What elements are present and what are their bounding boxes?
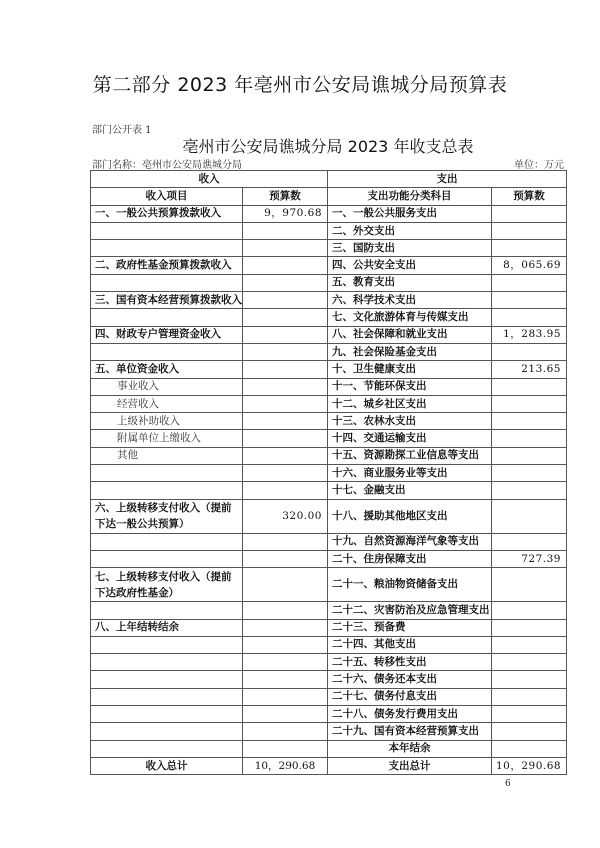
expense-item: 十二、城乡社区支出 <box>328 395 492 412</box>
expense-item: 十一、节能环保支出 <box>328 378 492 395</box>
table-row: 五、教育支出 <box>91 274 567 291</box>
expense-value <box>492 619 567 636</box>
income-item: 一、一般公共预算拨款收入 <box>91 205 243 222</box>
income-item <box>91 482 243 499</box>
income-value <box>243 619 328 636</box>
unit-label: 单位：万元 <box>514 156 564 171</box>
table-row: 二十四、其他支出 <box>91 636 567 653</box>
table-row: 上级补助收入十三、农林水支出 <box>91 413 567 430</box>
expense-item: 二、外交支出 <box>328 222 492 239</box>
expense-item: 七、文化旅游体育与传媒支出 <box>328 309 492 326</box>
income-value <box>243 222 328 239</box>
income-item: 八、上年结转结余 <box>91 619 243 636</box>
income-value <box>243 671 328 688</box>
income-value <box>243 326 328 343</box>
expense-value <box>492 205 567 222</box>
income-value <box>243 343 328 360</box>
income-item <box>91 550 243 567</box>
expense-item: 二十一、粮油物资储备支出 <box>328 568 492 602</box>
expense-value <box>492 447 567 464</box>
income-item-header: 收入项目 <box>91 188 243 205</box>
expense-value <box>492 378 567 395</box>
income-item <box>91 240 243 257</box>
income-item <box>91 706 243 723</box>
table-row: 三、国有资本经营预算拨款收入六、科学技术支出 <box>91 292 567 309</box>
expense-value <box>492 292 567 309</box>
expense-item: 五、教育支出 <box>328 274 492 291</box>
income-item <box>91 671 243 688</box>
income-total-value: 10，290.68 <box>243 757 328 774</box>
page-title: 第二部分 2023 年亳州市公安局谯城分局预算表 <box>0 70 600 97</box>
expense-value <box>492 499 567 533</box>
table-row: 本年结余 <box>91 740 567 757</box>
table-title: 亳州市公安局谯城分局 2023 年收支总表 <box>90 134 566 157</box>
expense-value <box>492 723 567 740</box>
income-item <box>91 343 243 360</box>
expense-item: 十八、援助其他地区支出 <box>328 499 492 533</box>
expense-item: 二十三、预备费 <box>328 619 492 636</box>
income-item: 四、财政专户管理资金收入 <box>91 326 243 343</box>
income-item: 六、上级转移支付收入（提前下达一般公共预算） <box>91 499 243 533</box>
income-subitem: 上级补助收入 <box>91 413 243 430</box>
income-value <box>243 723 328 740</box>
expense-item: 四、公共安全支出 <box>328 257 492 274</box>
income-item: 七、上级转移支付收入（提前下达政府性基金） <box>91 568 243 602</box>
department-name: 部门名称：亳州市公安局谯城分局 <box>92 156 242 171</box>
expense-item: 六、科学技术支出 <box>328 292 492 309</box>
income-value <box>243 740 328 757</box>
expense-value <box>492 222 567 239</box>
income-budget-header: 预算数 <box>243 188 328 205</box>
income-value <box>243 533 328 550</box>
table-row: 二十六、债务还本支出 <box>91 671 567 688</box>
expense-item: 二十四、其他支出 <box>328 636 492 653</box>
expense-value <box>492 636 567 653</box>
expense-item-header: 支出功能分类科目 <box>328 188 492 205</box>
expense-value: 1，283.95 <box>492 326 567 343</box>
expense-value <box>492 706 567 723</box>
income-subitem: 其他 <box>91 447 243 464</box>
income-value <box>243 706 328 723</box>
expense-item: 十三、农林水支出 <box>328 413 492 430</box>
budget-summary-table: 收入 支出 收入项目 预算数 支出功能分类科目 预算数 一、一般公共预算拨款收入… <box>90 170 567 775</box>
table-row: 二十九、国有资本经营预算支出 <box>91 723 567 740</box>
income-value <box>243 482 328 499</box>
expense-item: 二十、住房保障支出 <box>328 550 492 567</box>
expense-value <box>492 430 567 447</box>
table-row: 六、上级转移支付收入（提前下达一般公共预算）320.00十八、援助其他地区支出 <box>91 499 567 533</box>
table-row: 十七、金融支出 <box>91 482 567 499</box>
income-item <box>91 654 243 671</box>
expense-item: 二十九、国有资本经营预算支出 <box>328 723 492 740</box>
table-row: 附属单位上缴收入十四、交通运输支出 <box>91 430 567 447</box>
table-row: 事业收入十一、节能环保支出 <box>91 378 567 395</box>
income-value: 320.00 <box>243 499 328 533</box>
income-value <box>243 636 328 653</box>
table-row: 二十五、转移性支出 <box>91 654 567 671</box>
expense-value: 213.65 <box>492 361 567 378</box>
expense-value <box>492 274 567 291</box>
income-value <box>243 654 328 671</box>
year-balance-label: 本年结余 <box>328 740 492 757</box>
income-item <box>91 533 243 550</box>
expense-value <box>492 343 567 360</box>
table-row: 十六、商业服务业等支出 <box>91 465 567 482</box>
expense-budget-header: 预算数 <box>492 188 567 205</box>
income-item <box>91 602 243 619</box>
income-value <box>243 430 328 447</box>
expense-item: 三、国防支出 <box>328 240 492 257</box>
expense-value <box>492 671 567 688</box>
income-value <box>243 550 328 567</box>
income-value <box>243 240 328 257</box>
expense-value: 8，065.69 <box>492 257 567 274</box>
income-item <box>91 723 243 740</box>
expense-total-label: 支出总计 <box>328 757 492 774</box>
income-item <box>91 309 243 326</box>
expense-value <box>492 482 567 499</box>
expense-item: 二十八、债务发行费用支出 <box>328 706 492 723</box>
income-item <box>91 688 243 705</box>
table-row: 其他十五、资源勘探工业信息等支出 <box>91 447 567 464</box>
expense-item: 十五、资源勘探工业信息等支出 <box>328 447 492 464</box>
expense-item: 二十五、转移性支出 <box>328 654 492 671</box>
income-total-label: 收入总计 <box>91 757 243 774</box>
income-item <box>91 274 243 291</box>
income-value <box>243 395 328 412</box>
income-item: 三、国有资本经营预算拨款收入 <box>91 292 243 309</box>
table-row: 二十八、债务发行费用支出 <box>91 706 567 723</box>
income-value <box>243 602 328 619</box>
column-header-row: 收入项目 预算数 支出功能分类科目 预算数 <box>91 188 567 205</box>
expense-item: 一、一般公共服务支出 <box>328 205 492 222</box>
expense-item: 二十二、灾害防治及应急管理支出 <box>328 602 492 619</box>
expense-item: 十七、金融支出 <box>328 482 492 499</box>
expense-item: 十四、交通运输支出 <box>328 430 492 447</box>
table-row: 经营收入十二、城乡社区支出 <box>91 395 567 412</box>
income-subitem: 经营收入 <box>91 395 243 412</box>
income-value <box>243 361 328 378</box>
income-item <box>91 740 243 757</box>
income-value <box>243 447 328 464</box>
table-row: 八、上年结转结余二十三、预备费 <box>91 619 567 636</box>
income-value <box>243 465 328 482</box>
expense-value: 727.39 <box>492 550 567 567</box>
income-value <box>243 274 328 291</box>
income-value <box>243 257 328 274</box>
expense-value <box>492 602 567 619</box>
table-row: 四、财政专户管理资金收入八、社会保障和就业支出1，283.95 <box>91 326 567 343</box>
income-item: 五、单位资金收入 <box>91 361 243 378</box>
income-value <box>243 413 328 430</box>
expense-value <box>492 533 567 550</box>
expense-total-value: 10，290.68 <box>492 757 567 774</box>
expense-value <box>492 240 567 257</box>
income-value <box>243 688 328 705</box>
income-value <box>243 309 328 326</box>
income-subitem: 附属单位上缴收入 <box>91 430 243 447</box>
expense-item: 十六、商业服务业等支出 <box>328 465 492 482</box>
page-number: 6 <box>505 779 511 789</box>
table-row: 二、外交支出 <box>91 222 567 239</box>
expense-section-header: 支出 <box>328 171 567 188</box>
income-item: 二、政府性基金预算拨款收入 <box>91 257 243 274</box>
table-row: 二十七、债务付息支出 <box>91 688 567 705</box>
income-value <box>243 292 328 309</box>
income-value <box>243 568 328 602</box>
expense-value <box>492 395 567 412</box>
expense-value <box>492 413 567 430</box>
table-row: 二十、住房保障支出727.39 <box>91 550 567 567</box>
expense-value <box>492 688 567 705</box>
expense-value <box>492 465 567 482</box>
table-row: 三、国防支出 <box>91 240 567 257</box>
income-item <box>91 636 243 653</box>
income-value <box>243 378 328 395</box>
totals-row: 收入总计 10，290.68 支出总计 10，290.68 <box>91 757 567 774</box>
income-item <box>91 465 243 482</box>
expense-value <box>492 654 567 671</box>
income-subitem: 事业收入 <box>91 378 243 395</box>
expense-item: 十、卫生健康支出 <box>328 361 492 378</box>
table-row: 九、社会保险基金支出 <box>91 343 567 360</box>
income-section-header: 收入 <box>91 171 328 188</box>
expense-item: 八、社会保障和就业支出 <box>328 326 492 343</box>
expense-item: 二十七、债务付息支出 <box>328 688 492 705</box>
table-row: 七、文化旅游体育与传媒支出 <box>91 309 567 326</box>
table-row: 一、一般公共预算拨款收入9，970.68一、一般公共服务支出 <box>91 205 567 222</box>
table-row: 七、上级转移支付收入（提前下达政府性基金）二十一、粮油物资储备支出 <box>91 568 567 602</box>
expense-item: 九、社会保险基金支出 <box>328 343 492 360</box>
expense-item: 二十六、债务还本支出 <box>328 671 492 688</box>
expense-item: 十九、自然资源海洋气象等支出 <box>328 533 492 550</box>
expense-value <box>492 740 567 757</box>
income-item <box>91 222 243 239</box>
section-header-row: 收入 支出 <box>91 171 567 188</box>
expense-value <box>492 568 567 602</box>
table-row: 五、单位资金收入十、卫生健康支出213.65 <box>91 361 567 378</box>
table-row: 二十二、灾害防治及应急管理支出 <box>91 602 567 619</box>
expense-value <box>492 309 567 326</box>
table-row: 十九、自然资源海洋气象等支出 <box>91 533 567 550</box>
table-row: 二、政府性基金预算拨款收入四、公共安全支出8，065.69 <box>91 257 567 274</box>
income-value: 9，970.68 <box>243 205 328 222</box>
